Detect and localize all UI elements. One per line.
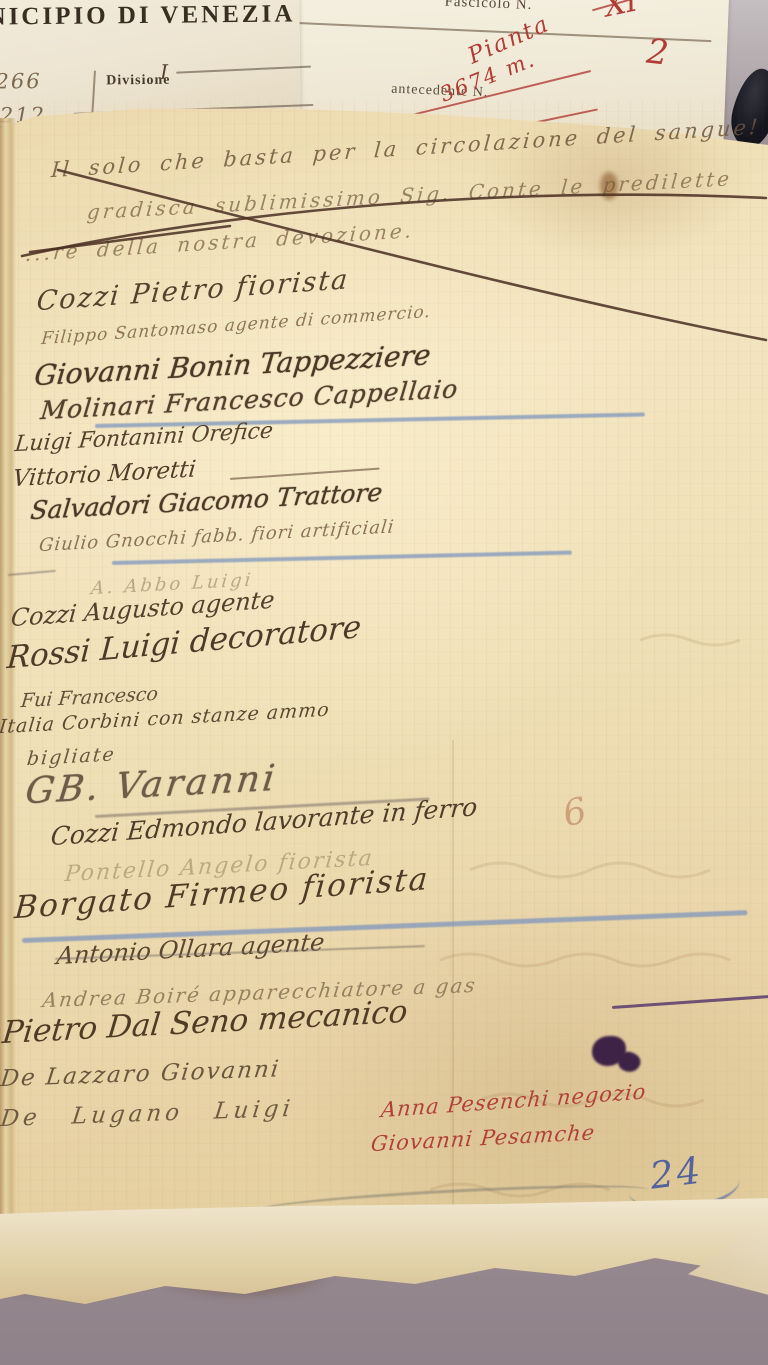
signature-line: bigliate <box>26 745 117 769</box>
divisione-value: I <box>160 62 168 82</box>
fascicolo-label: Fascicolo N. <box>444 0 532 14</box>
protocol-number-1: 5266 <box>0 69 42 94</box>
document-photo: Fascicolo N. antecedente N. XI 2 Pianta … <box>0 0 768 1365</box>
red-roman-numeral: XI <box>601 0 641 24</box>
letterhead-title: NICIPIO DI VENEZIA <box>0 0 295 31</box>
red-number: 2 <box>645 32 671 74</box>
divisione-dash <box>176 66 311 74</box>
notebook-page <box>0 97 768 1270</box>
letterhead-sheet: NICIPIO DI VENEZIA 5266 1212 Divisione I <box>0 0 301 127</box>
